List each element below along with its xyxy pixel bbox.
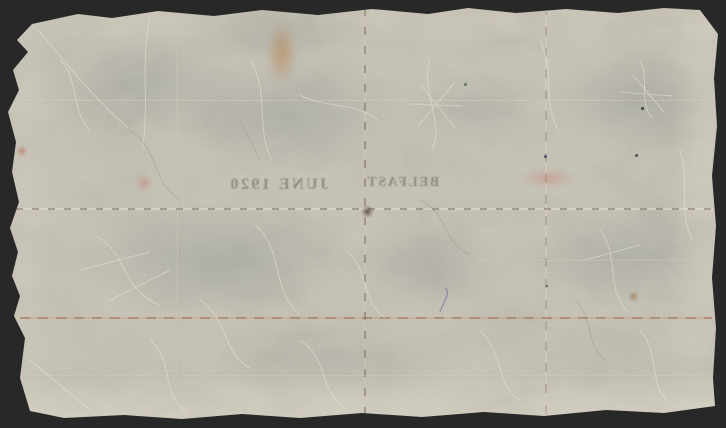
wear-speck (635, 154, 638, 157)
ink-mark (440, 288, 447, 312)
wear-speck (544, 155, 547, 158)
brown-stain (628, 291, 639, 302)
red-edge-mark (17, 145, 27, 157)
banknote-reverse: JUNE 1920 BELFAST (0, 0, 726, 428)
center-fold-wear-hole (361, 205, 374, 218)
red-serial-showthrough-left (136, 174, 152, 192)
wear-speck (546, 285, 548, 287)
showthrough-place-text: BELFAST (366, 175, 439, 191)
wear-speck (641, 107, 644, 110)
rust-stain (266, 20, 298, 86)
photo-backdrop: JUNE 1920 BELFAST (0, 0, 726, 428)
showthrough-date-text: JUNE 1920 (228, 176, 328, 194)
wear-speck (464, 83, 467, 86)
red-serial-showthrough-right (520, 168, 576, 188)
